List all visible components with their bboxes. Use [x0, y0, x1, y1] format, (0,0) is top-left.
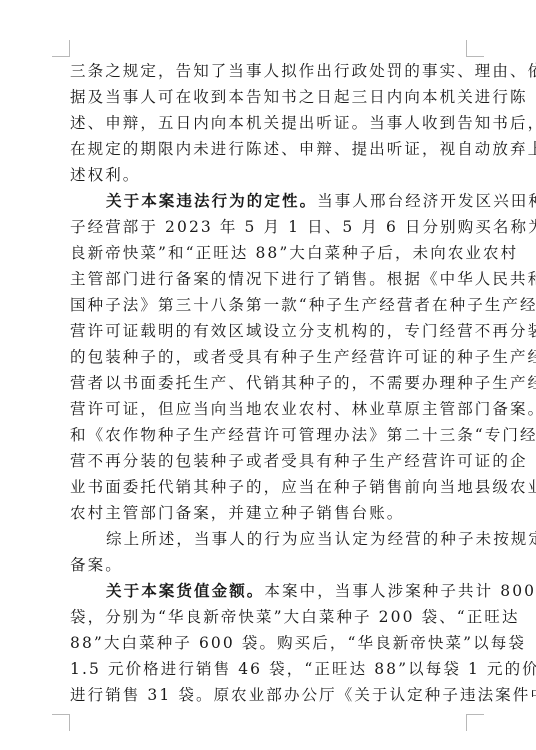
crop-mark-bottom-left-horizontal — [52, 714, 70, 715]
crop-mark-bottom-right-vertical — [466, 714, 467, 731]
crop-mark-top-right-vertical — [466, 40, 467, 57]
crop-mark-top-left-horizontal — [52, 56, 70, 57]
paragraph-heading-line: 关于本案违法行为的定性。当事人邢台经济开发区兴田种 — [70, 188, 456, 214]
text-line: 营许可证，但应当向当地农业农村、林业草原主管部门备案。” — [70, 396, 456, 422]
text-line: 据及当事人可在收到本告知书之日起三日内向本机关进行陈 — [70, 84, 456, 110]
text-line: 1.5 元价格进行销售 46 袋，“正旺达 88”以每袋 1 元的价格 — [70, 656, 456, 682]
text-line: 在规定的期限内未进行陈述、申辩、提出听证，视自动放弃上 — [70, 136, 456, 162]
crop-mark-top-left-vertical — [69, 40, 70, 57]
text-line: 的包装种子的，或者受具有种子生产经营许可证的种子生产经 — [70, 344, 456, 370]
crop-mark-bottom-right-horizontal — [466, 714, 484, 715]
section-heading: 关于本案货值金额。 — [106, 581, 264, 600]
text-line: 综上所述，当事人的行为应当认定为经营的种子未按规定 — [70, 526, 456, 552]
crop-mark-bottom-left-vertical — [69, 714, 70, 731]
text-line: 子经营部于 2023 年 5 月 1 日、5 月 6 日分别购买名称为“华 — [70, 214, 456, 240]
text-line: 业书面委托代销其种子的，应当在种子销售前向当地县级农业 — [70, 474, 456, 500]
paragraph-heading-line: 关于本案货值金额。本案中，当事人涉案种子共计 800 — [70, 578, 456, 604]
text-line: 国种子法》第三十八条第一款“种子生产经营者在种子生产经 — [70, 292, 456, 318]
text-line: 备案。 — [70, 552, 456, 578]
text-line: 袋，分别为“华良新帝快菜”大白菜种子 200 袋、“正旺达 — [70, 604, 456, 630]
text-run: 本案中，当事人涉案种子共计 800 — [264, 582, 536, 600]
text-run: 当事人邢台经济开发区兴田种 — [317, 192, 536, 210]
text-line: 述、申辩，五日内向本机关提出听证。当事人收到告知书后， — [70, 110, 456, 136]
section-heading: 关于本案违法行为的定性。 — [106, 191, 317, 210]
text-line: 主管部门进行备案的情况下进行了销售。根据《中华人民共和 — [70, 266, 456, 292]
text-line: 营许可证载明的有效区域设立分支机构的，专门经营不再分装 — [70, 318, 456, 344]
text-line: 营不再分装的包装种子或者受具有种子生产经营许可证的企 — [70, 448, 456, 474]
text-line: 进行销售 31 袋。原农业部办公厅《关于认定种子违法案件中 — [70, 682, 456, 708]
text-line: 良新帝快菜”和“正旺达 88”大白菜种子后，未向农业农村 — [70, 240, 456, 266]
document-body: 三条之规定，告知了当事人拟作出行政处罚的事实、理由、依 据及当事人可在收到本告知… — [70, 58, 456, 708]
text-line: 88”大白菜种子 600 袋。购买后，“华良新帝快菜”以每袋 — [70, 630, 456, 656]
text-line: 和《农作物种子生产经营许可管理办法》第二十三条“专门经 — [70, 422, 456, 448]
text-line: 述权利。 — [70, 162, 456, 188]
text-line: 三条之规定，告知了当事人拟作出行政处罚的事实、理由、依 — [70, 58, 456, 84]
crop-mark-top-right-horizontal — [466, 56, 484, 57]
text-line: 营者以书面委托生产、代销其种子的，不需要办理种子生产经 — [70, 370, 456, 396]
text-line: 农村主管部门备案，并建立种子销售台账。 — [70, 500, 456, 526]
